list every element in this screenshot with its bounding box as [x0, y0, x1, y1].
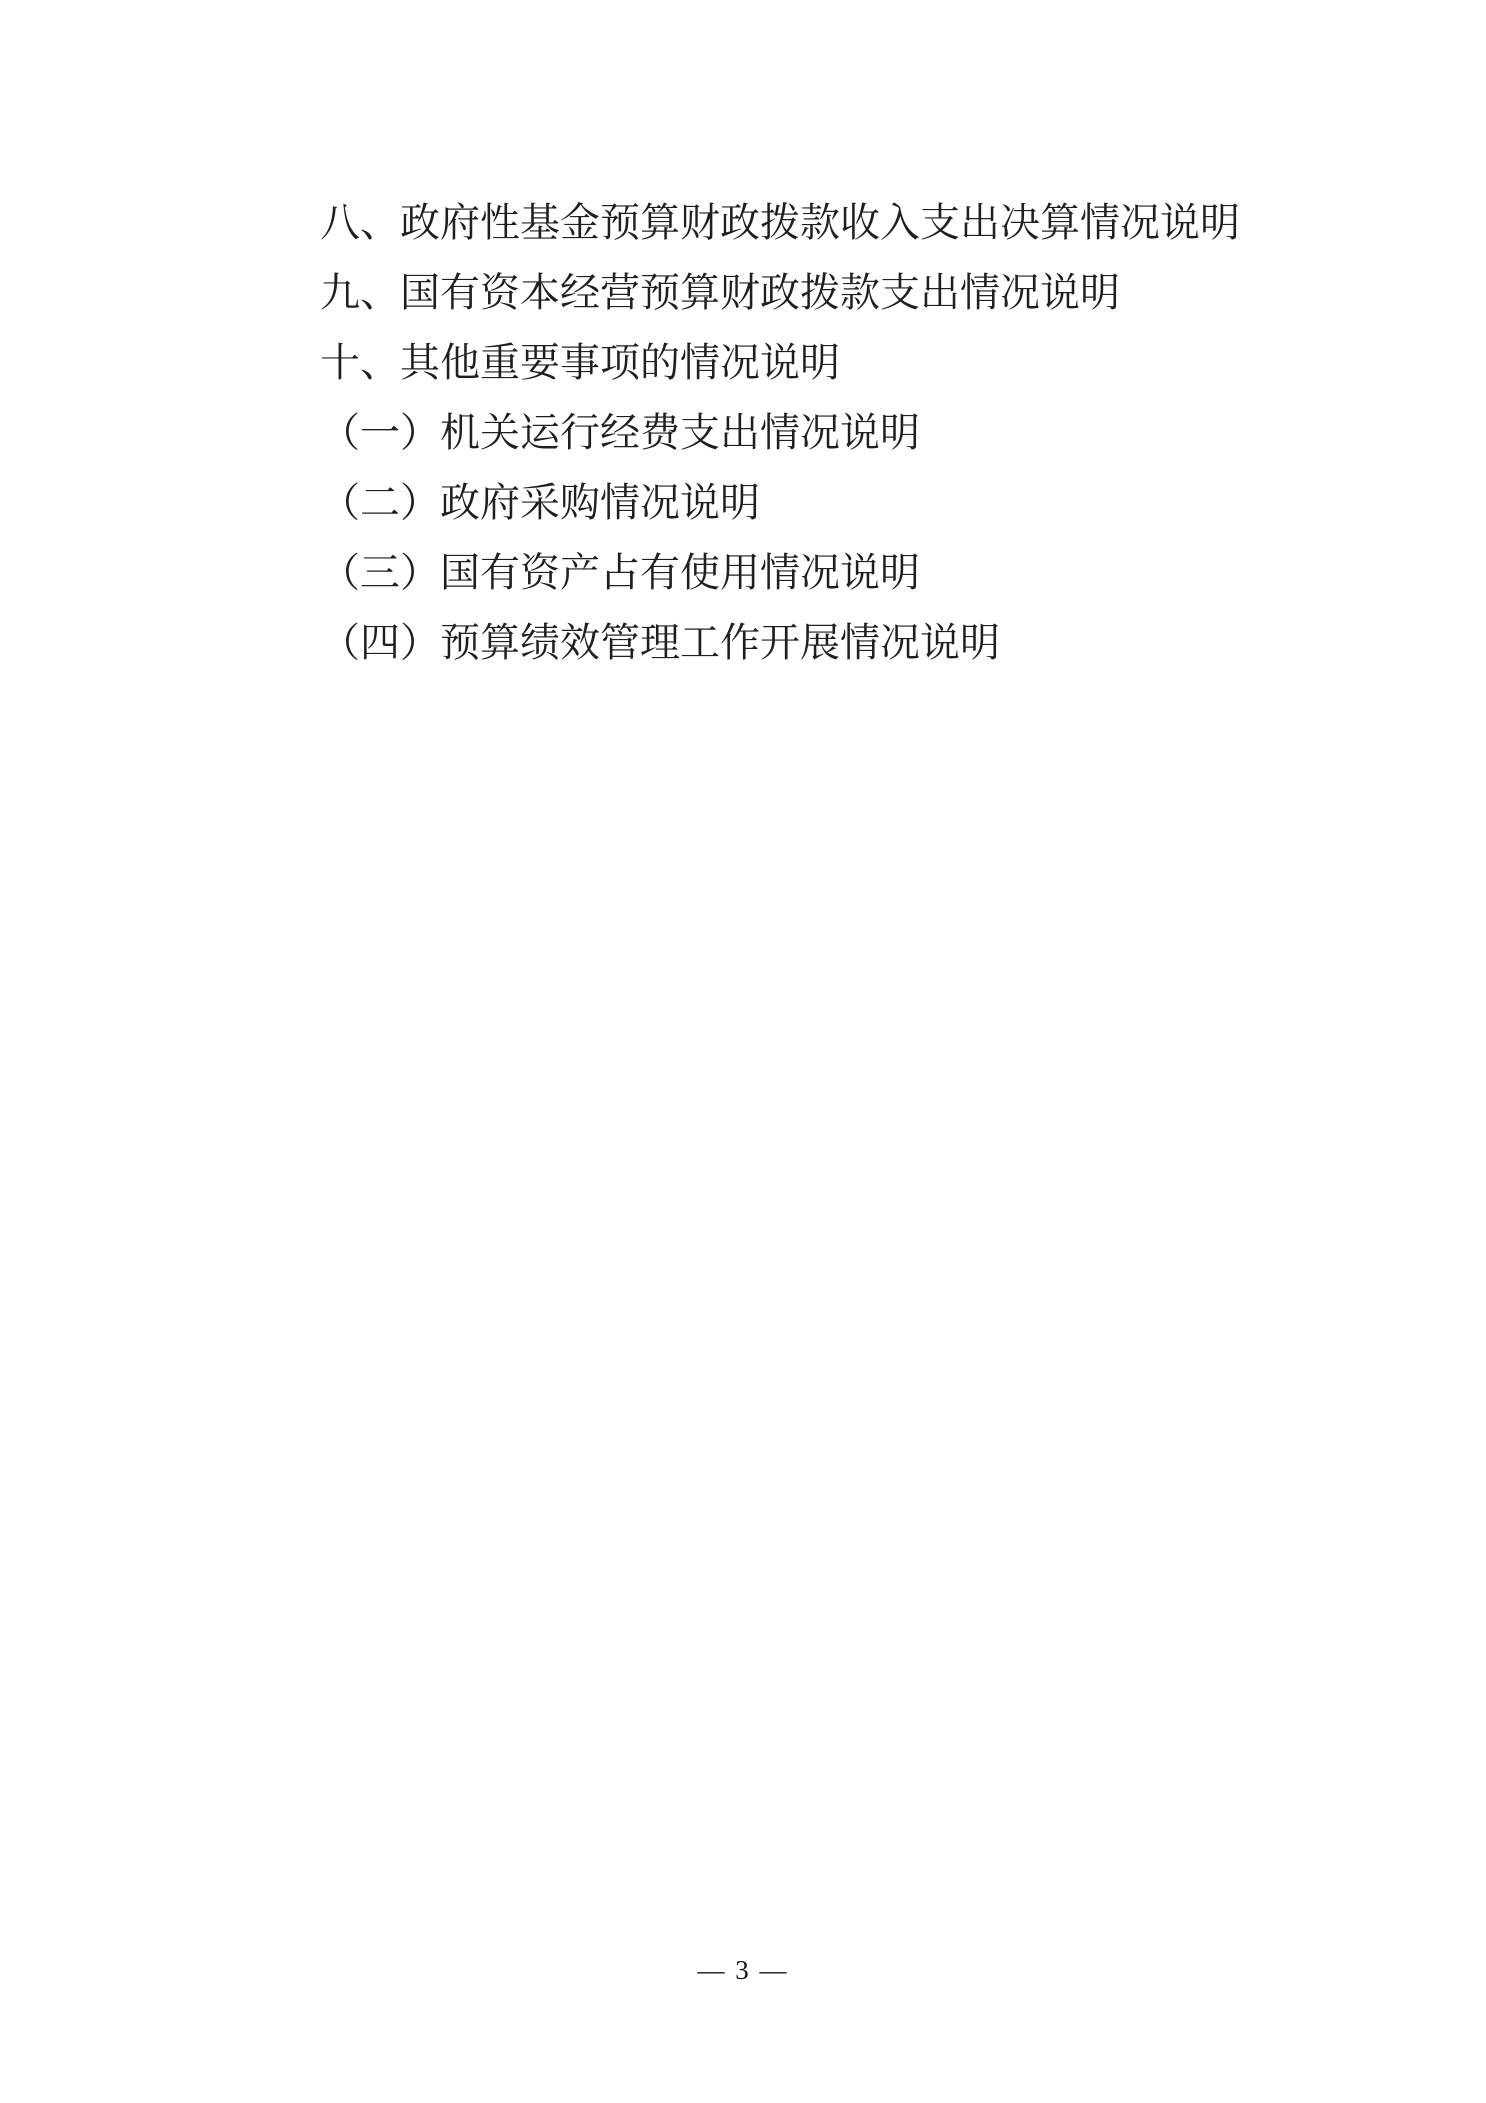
toc-item: （三）国有资产占有使用情况说明: [240, 538, 1246, 608]
document-page: 八、政府性基金预算财政拨款收入支出决算情况说明 九、国有资本经营预算财政拨款支出…: [0, 0, 1486, 2103]
toc-item: 十、其他重要事项的情况说明: [240, 328, 1246, 398]
toc-item: （二）政府采购情况说明: [240, 468, 1246, 538]
toc-item: 八、政府性基金预算财政拨款收入支出决算情况说明: [240, 188, 1246, 258]
page-number: — 3 —: [0, 1950, 1486, 1990]
toc-item: 九、国有资本经营预算财政拨款支出情况说明: [240, 258, 1246, 328]
table-of-contents: 八、政府性基金预算财政拨款收入支出决算情况说明 九、国有资本经营预算财政拨款支出…: [240, 188, 1246, 678]
toc-item: （一）机关运行经费支出情况说明: [240, 398, 1246, 468]
toc-item: （四）预算绩效管理工作开展情况说明: [240, 608, 1246, 678]
